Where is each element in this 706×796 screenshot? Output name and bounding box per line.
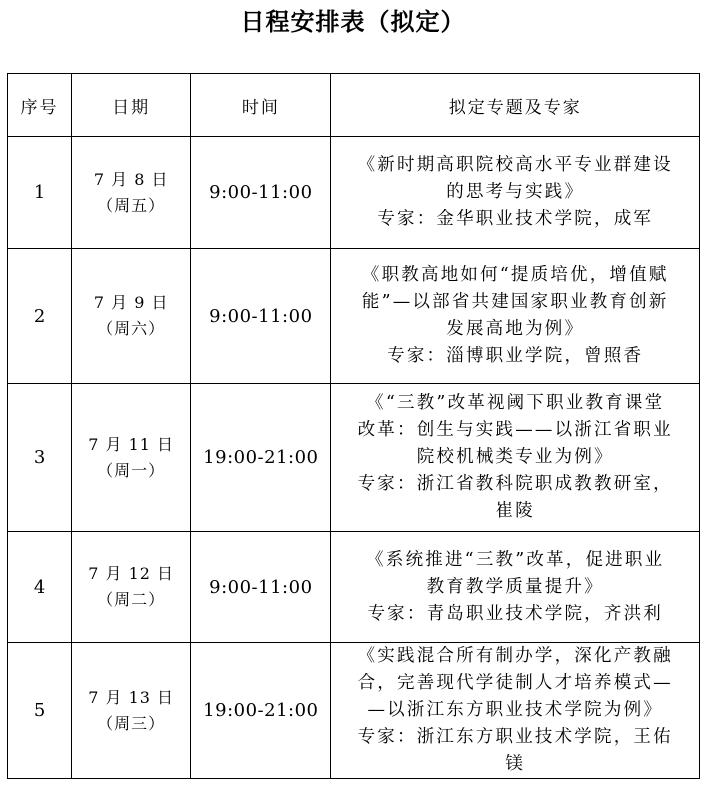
date-text: 7 月 8 日 — [72, 167, 190, 193]
date-text: 7 月 12 日 — [72, 561, 190, 587]
table-row: 4 7 月 12 日 （周二） 9:00-11:00 《系统推进“三教”改革，促… — [8, 532, 700, 643]
date-cell: 7 月 9 日 （周六） — [72, 249, 191, 384]
weekday-text: （周一） — [72, 458, 190, 484]
time-cell: 9:00-11:00 — [191, 249, 331, 384]
table-row: 2 7 月 9 日 （周六） 9:00-11:00 《职教高地如何“提质培优，增… — [8, 249, 700, 384]
header-date: 日期 — [72, 74, 191, 137]
weekday-text: （周六） — [72, 316, 190, 342]
table-header-row: 序号 日期 时间 拟定专题及专家 — [8, 74, 700, 137]
topic-line: 《系统推进“三教”改革，促进职业 — [341, 547, 689, 574]
date-text: 7 月 13 日 — [72, 685, 190, 711]
date-cell: 7 月 12 日 （周二） — [72, 532, 191, 643]
topic-cell: 《系统推进“三教”改革，促进职业 教育教学质量提升》 专家：青岛职业技术学院，齐… — [331, 532, 700, 643]
time-cell: 19:00-21:00 — [191, 643, 331, 779]
table-row: 5 7 月 13 日 （周三） 19:00-21:00 《实践混合所有制办学，深… — [8, 643, 700, 779]
date-text: 7 月 11 日 — [72, 432, 190, 458]
expert-line: 专家：金华职业技术学院，成军 — [341, 206, 689, 233]
expert-line: 崔陵 — [341, 498, 689, 525]
seq-cell: 1 — [8, 137, 72, 249]
seq-cell: 3 — [8, 384, 72, 532]
weekday-text: （周五） — [72, 193, 190, 219]
expert-line: 镁 — [341, 751, 689, 778]
expert-line: 专家：淄博职业学院，曾照香 — [341, 343, 689, 370]
topic-line: 《新时期高职院校高水平专业群建设 — [341, 152, 689, 179]
topic-cell: 《新时期高职院校高水平专业群建设 的思考与实践》 专家：金华职业技术学院，成军 — [331, 137, 700, 249]
document-title: 日程安排表（拟定） — [0, 4, 706, 40]
seq-cell: 2 — [8, 249, 72, 384]
topic-line: 能”—以部省共建国家职业教育创新 — [341, 289, 689, 316]
seq-cell: 4 — [8, 532, 72, 643]
topic-line: 《“三教”改革视阈下职业教育课堂 — [341, 390, 689, 417]
table-row: 3 7 月 11 日 （周一） 19:00-21:00 《“三教”改革视阈下职业… — [8, 384, 700, 532]
date-cell: 7 月 8 日 （周五） — [72, 137, 191, 249]
date-cell: 7 月 11 日 （周一） — [72, 384, 191, 532]
header-time: 时间 — [191, 74, 331, 137]
schedule-table: 序号 日期 时间 拟定专题及专家 1 7 月 8 日 （周五） 9:00-11:… — [7, 73, 700, 779]
table-row: 1 7 月 8 日 （周五） 9:00-11:00 《新时期高职院校高水平专业群… — [8, 137, 700, 249]
time-cell: 9:00-11:00 — [191, 532, 331, 643]
time-cell: 9:00-11:00 — [191, 137, 331, 249]
topic-line: —以浙江东方职业技术学院为例》 — [341, 697, 689, 724]
topic-line: 《实践混合所有制办学，深化产教融 — [341, 643, 689, 670]
topic-line: 教育教学质量提升》 — [341, 574, 689, 601]
topic-line: 发展高地为例》 — [341, 316, 689, 343]
time-cell: 19:00-21:00 — [191, 384, 331, 532]
weekday-text: （周二） — [72, 587, 190, 613]
topic-line: 改革：创生与实践——以浙江省职业 — [341, 417, 689, 444]
topic-line: 合，完善现代学徒制人才培养模式— — [341, 670, 689, 697]
expert-line: 专家：浙江东方职业技术学院，王佑 — [341, 724, 689, 751]
topic-cell: 《“三教”改革视阈下职业教育课堂 改革：创生与实践——以浙江省职业 院校机械类专… — [331, 384, 700, 532]
topic-line: 《职教高地如何“提质培优，增值赋 — [341, 262, 689, 289]
topic-line: 的思考与实践》 — [341, 179, 689, 206]
expert-line: 专家：浙江省教科院职成教教研室， — [341, 471, 689, 498]
header-seq: 序号 — [8, 74, 72, 137]
header-topic-expert: 拟定专题及专家 — [331, 74, 700, 137]
expert-line: 专家：青岛职业技术学院，齐洪利 — [341, 601, 689, 628]
date-text: 7 月 9 日 — [72, 290, 190, 316]
date-cell: 7 月 13 日 （周三） — [72, 643, 191, 779]
topic-cell: 《职教高地如何“提质培优，增值赋 能”—以部省共建国家职业教育创新 发展高地为例… — [331, 249, 700, 384]
topic-cell: 《实践混合所有制办学，深化产教融 合，完善现代学徒制人才培养模式— —以浙江东方… — [331, 643, 700, 779]
topic-line: 院校机械类专业为例》 — [341, 444, 689, 471]
weekday-text: （周三） — [72, 711, 190, 737]
seq-cell: 5 — [8, 643, 72, 779]
